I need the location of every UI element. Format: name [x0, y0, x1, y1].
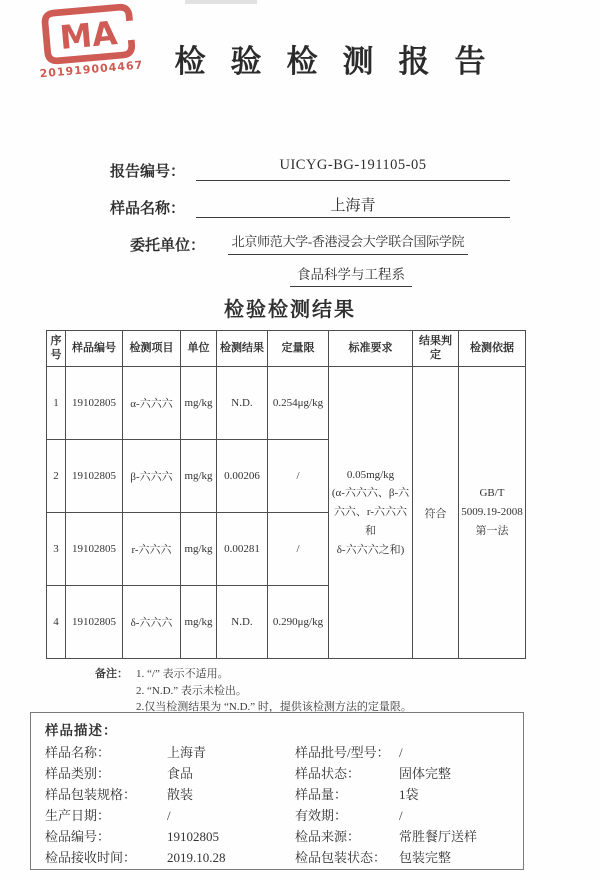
sample-name-label: 样品名称： — [110, 197, 185, 218]
report-number-label: 报告编号： — [110, 160, 185, 181]
cell-seq: 1 — [47, 367, 66, 440]
cell-result: 0.00206 — [217, 440, 268, 513]
scan-artifact — [185, 0, 257, 4]
cell-item: α-六六六 — [123, 367, 181, 440]
cell-seq: 4 — [47, 586, 66, 659]
cell-loq: / — [268, 440, 329, 513]
desc-value: 常胜餐厅送样 — [399, 826, 523, 847]
notes-label: 备注： — [95, 666, 128, 716]
desc-value: 上海青 — [167, 742, 295, 763]
client-value-line1: 北京师范大学-香港浸会大学联合国际学院 — [228, 231, 468, 255]
desc-label: 有效期： — [295, 805, 399, 826]
cell-sample-no: 19102805 — [66, 367, 123, 440]
cell-loq: 0.290μg/kg — [268, 586, 329, 659]
cell-loq: / — [268, 513, 329, 586]
note-item: 1. “/” 表示不适用。 — [136, 666, 412, 683]
desc-label: 检品来源： — [295, 826, 399, 847]
cma-stamp: MA 201919004467 — [31, 1, 147, 80]
sample-name-value: 上海青 — [196, 194, 510, 218]
desc-value: / — [167, 805, 295, 826]
header-basis: 检测依据 — [459, 331, 526, 367]
page-title: 检验检测报告 — [140, 36, 520, 81]
desc-label: 样品包装规格： — [45, 784, 167, 805]
desc-value: 食品 — [167, 763, 295, 784]
cma-logo-icon: MA — [40, 2, 137, 66]
report-page: MA 201919004467 检验检测报告 报告编号： UICYG-BG-19… — [0, 0, 600, 879]
cell-result: N.D. — [217, 367, 268, 440]
desc-value: 1袋 — [399, 784, 523, 805]
cma-mark-text: MA — [58, 14, 120, 57]
desc-value: / — [399, 742, 523, 763]
desc-value: 包装完整 — [399, 847, 523, 868]
header-judgement: 结果判定 — [413, 331, 459, 367]
client-value-line2: 食品科学与工程系 — [290, 263, 412, 287]
desc-value: 散装 — [167, 784, 295, 805]
results-header-row: 序号 样品编号 检测项目 单位 检测结果 定量限 标准要求 结果判定 检测依据 — [47, 331, 526, 367]
cell-sample-no: 19102805 — [66, 586, 123, 659]
header-sample-no: 样品编号 — [66, 331, 123, 367]
sample-description-grid: 样品名称： 上海青 样品批号/型号： / 样品类别： 食品 样品状态： 固体完整… — [45, 742, 523, 868]
desc-value: 2019.10.28 — [167, 847, 295, 868]
header-result: 检测结果 — [217, 331, 268, 367]
header-loq: 定量限 — [268, 331, 329, 367]
header-unit: 单位 — [181, 331, 217, 367]
cell-standard: 0.05mg/kg (α-六六六、β-六 六六、r-六六六和 δ-六六六之和) — [329, 367, 413, 659]
notes-block: 备注： 1. “/” 表示不适用。 2. “N.D.” 表示未检出。 2.仅当检… — [95, 666, 412, 716]
cell-seq: 2 — [47, 440, 66, 513]
desc-value: 19102805 — [167, 826, 295, 847]
cell-unit: mg/kg — [181, 513, 217, 586]
table-row: 1 19102805 α-六六六 mg/kg N.D. 0.254μg/kg 0… — [47, 367, 526, 440]
notes-items: 1. “/” 表示不适用。 2. “N.D.” 表示未检出。 2.仅当检测结果为… — [136, 666, 412, 716]
sample-description-box: 样品描述： 样品名称： 上海青 样品批号/型号： / 样品类别： 食品 样品状态… — [30, 712, 524, 870]
desc-label: 生产日期： — [45, 805, 167, 826]
cell-result: 0.00281 — [217, 513, 268, 586]
desc-label: 样品类别： — [45, 763, 167, 784]
cell-item: δ-六六六 — [123, 586, 181, 659]
cell-unit: mg/kg — [181, 367, 217, 440]
report-number-value: UICYG-BG-191105-05 — [196, 157, 510, 181]
desc-label: 样品量： — [295, 784, 399, 805]
header-item: 检测项目 — [123, 331, 181, 367]
cell-unit: mg/kg — [181, 586, 217, 659]
desc-label: 检品包装状态： — [295, 847, 399, 868]
desc-value: / — [399, 805, 523, 826]
header-standard: 标准要求 — [329, 331, 413, 367]
client-label: 委托单位： — [130, 234, 205, 255]
cell-basis: GB/T 5009.19-2008 第一法 — [459, 367, 526, 659]
sample-description-heading: 样品描述： — [45, 719, 523, 739]
desc-label: 检品编号： — [45, 826, 167, 847]
cell-sample-no: 19102805 — [66, 513, 123, 586]
cell-loq: 0.254μg/kg — [268, 367, 329, 440]
cell-sample-no: 19102805 — [66, 440, 123, 513]
cell-result: N.D. — [217, 586, 268, 659]
header-seq: 序号 — [47, 331, 66, 367]
results-table: 序号 样品编号 检测项目 单位 检测结果 定量限 标准要求 结果判定 检测依据 … — [46, 330, 526, 659]
note-item: 2. “N.D.” 表示未检出。 — [136, 683, 412, 700]
desc-label: 检品接收时间： — [45, 847, 167, 868]
results-section-heading: 检验检测结果 — [0, 293, 580, 322]
cell-item: r-六六六 — [123, 513, 181, 586]
cell-seq: 3 — [47, 513, 66, 586]
desc-label: 样品名称： — [45, 742, 167, 763]
cell-unit: mg/kg — [181, 440, 217, 513]
desc-value: 固体完整 — [399, 763, 523, 784]
cell-judgement: 符合 — [413, 367, 459, 659]
cell-item: β-六六六 — [123, 440, 181, 513]
desc-label: 样品批号/型号： — [295, 742, 399, 763]
desc-label: 样品状态： — [295, 763, 399, 784]
